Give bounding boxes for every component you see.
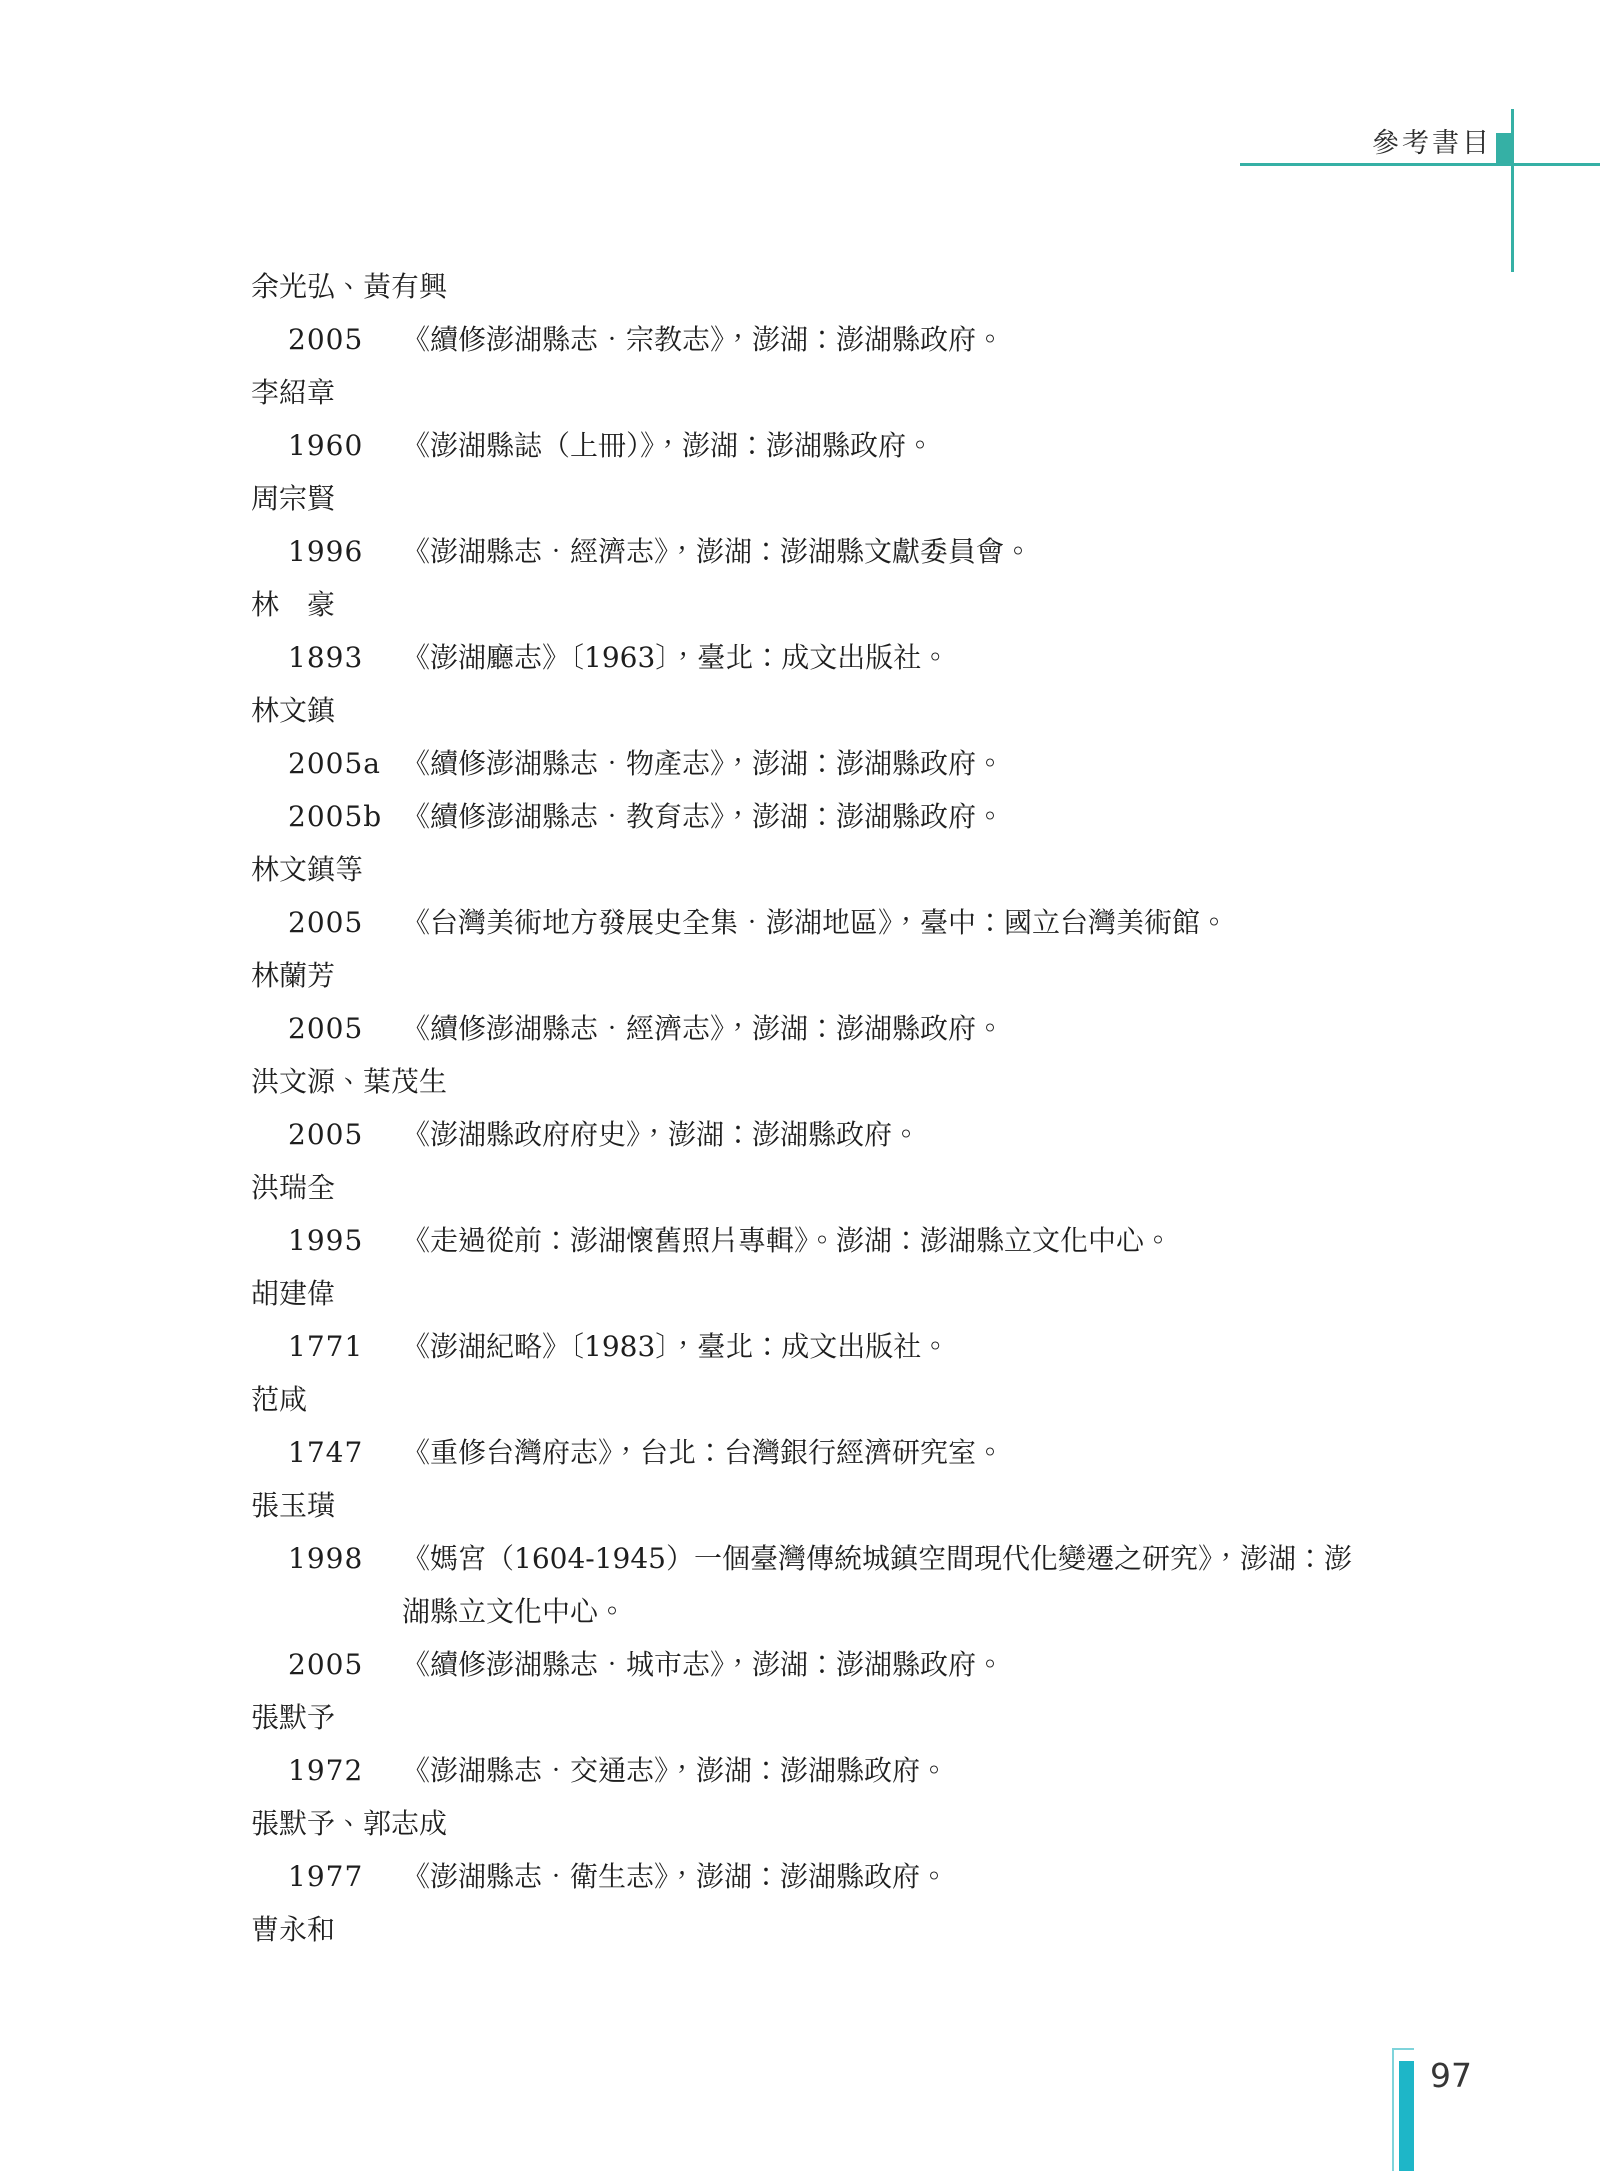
reference-text: 《台灣美術地方發展史全集‧澎湖地區》，臺中：國立台灣美術館。 — [402, 906, 1228, 939]
reference-year: 1998 — [288, 1532, 363, 1585]
reference-text: 《澎湖縣誌（上冊）》，澎湖：澎湖縣政府。 — [402, 429, 934, 462]
reference-text: 《續修澎湖縣志‧經濟志》，澎湖：澎湖縣政府。 — [402, 1012, 1004, 1045]
reference-text: 《續修澎湖縣志‧宗教志》，澎湖：澎湖縣政府。 — [402, 323, 1004, 356]
bibliography-reference: 2005b《續修澎湖縣志‧教育志》，澎湖：澎湖縣政府。 — [251, 790, 1371, 843]
bibliography-author: 林 豪 — [251, 578, 1371, 631]
bibliography-author: 洪瑞全 — [251, 1161, 1371, 1214]
page-number: 97 — [1430, 2058, 1472, 2094]
bibliography-reference: 1771《澎湖紀略》〔1983〕，臺北：成文出版社。 — [251, 1320, 1371, 1373]
bibliography-reference: 2005《澎湖縣政府府史》，澎湖：澎湖縣政府。 — [251, 1108, 1371, 1161]
bibliography-author: 林文鎮 — [251, 684, 1371, 737]
bibliography-author: 余光弘、黃有興 — [251, 260, 1371, 313]
bibliography-author: 張默予、郭志成 — [251, 1797, 1371, 1850]
reference-text: 《澎湖紀略》〔1983〕，臺北：成文出版社。 — [402, 1330, 949, 1363]
reference-text: 《澎湖縣志‧經濟志》，澎湖：澎湖縣文獻委員會。 — [402, 535, 1032, 568]
header-accent-square — [1496, 133, 1512, 163]
reference-text: 《澎湖廳志》〔1963〕，臺北：成文出版社。 — [402, 641, 949, 674]
reference-year: 1893 — [288, 631, 363, 684]
reference-year: 2005 — [288, 313, 363, 366]
bibliography-reference: 1972《澎湖縣志‧交通志》，澎湖：澎湖縣政府。 — [251, 1744, 1371, 1797]
bibliography-author: 胡建偉 — [251, 1267, 1371, 1320]
page-header-title: 參考書目 — [1372, 129, 1492, 158]
reference-year: 2005 — [288, 1002, 363, 1055]
bibliography-author: 張默予 — [251, 1691, 1371, 1744]
reference-text: 《走過從前：澎湖懷舊照片專輯》。澎湖：澎湖縣立文化中心。 — [402, 1224, 1172, 1257]
reference-year: 2005 — [288, 1108, 363, 1161]
reference-year: 2005 — [288, 1638, 363, 1691]
bibliography-author: 范咸 — [251, 1373, 1371, 1426]
reference-text: 《澎湖縣志‧交通志》，澎湖：澎湖縣政府。 — [402, 1754, 948, 1787]
reference-year: 1771 — [288, 1320, 363, 1373]
header-rule-vertical — [1511, 109, 1514, 272]
bibliography-reference: 1747《重修台灣府志》，台北：台灣銀行經濟研究室。 — [251, 1426, 1371, 1479]
reference-year: 1972 — [288, 1744, 363, 1797]
bibliography-author: 周宗賢 — [251, 472, 1371, 525]
reference-year: 1996 — [288, 525, 363, 578]
reference-text: 《重修台灣府志》，台北：台灣銀行經濟研究室。 — [402, 1436, 1004, 1469]
bibliography-reference: 1893《澎湖廳志》〔1963〕，臺北：成文出版社。 — [251, 631, 1371, 684]
reference-text: 《澎湖縣政府府史》，澎湖：澎湖縣政府。 — [402, 1118, 920, 1151]
bibliography-author: 曹永和 — [251, 1903, 1371, 1956]
bibliography-reference: 2005《續修澎湖縣志‧宗教志》，澎湖：澎湖縣政府。 — [251, 313, 1371, 366]
bibliography-reference: 1998《媽宮（1604-1945）一個臺灣傳統城鎮空間現代化變遷之研究》，澎湖… — [251, 1532, 1371, 1638]
reference-year: 1995 — [288, 1214, 363, 1267]
footer-accent-bar — [1399, 2061, 1414, 2171]
bibliography-reference: 2005a《續修澎湖縣志‧物產志》，澎湖：澎湖縣政府。 — [251, 737, 1371, 790]
bibliography-author: 李紹章 — [251, 366, 1371, 419]
reference-text: 《澎湖縣志‧衛生志》，澎湖：澎湖縣政府。 — [402, 1860, 948, 1893]
footer-thin-rule-vertical — [1392, 2048, 1394, 2171]
book-page: 參考書目 余光弘、黃有興2005《續修澎湖縣志‧宗教志》，澎湖：澎湖縣政府。李紹… — [0, 0, 1600, 2171]
reference-year: 2005b — [288, 790, 382, 843]
footer-thin-rule-horizontal — [1392, 2048, 1414, 2050]
reference-year: 1960 — [288, 419, 363, 472]
reference-year: 1747 — [288, 1426, 363, 1479]
bibliography-reference: 2005《續修澎湖縣志‧經濟志》，澎湖：澎湖縣政府。 — [251, 1002, 1371, 1055]
reference-year: 2005a — [288, 737, 381, 790]
reference-text: 《續修澎湖縣志‧教育志》，澎湖：澎湖縣政府。 — [402, 800, 1004, 833]
bibliography-reference: 1977《澎湖縣志‧衛生志》，澎湖：澎湖縣政府。 — [251, 1850, 1371, 1903]
bibliography-list: 余光弘、黃有興2005《續修澎湖縣志‧宗教志》，澎湖：澎湖縣政府。李紹章1960… — [251, 260, 1371, 1956]
reference-text: 《媽宮（1604-1945）一個臺灣傳統城鎮空間現代化變遷之研究》，澎湖：澎湖縣… — [402, 1542, 1352, 1628]
bibliography-author: 洪文源、葉茂生 — [251, 1055, 1371, 1108]
bibliography-author: 林文鎮等 — [251, 843, 1371, 896]
reference-text: 《續修澎湖縣志‧物產志》，澎湖：澎湖縣政府。 — [402, 747, 1004, 780]
bibliography-author: 林蘭芳 — [251, 949, 1371, 1002]
bibliography-reference: 2005《台灣美術地方發展史全集‧澎湖地區》，臺中：國立台灣美術館。 — [251, 896, 1371, 949]
bibliography-reference: 2005《續修澎湖縣志‧城市志》，澎湖：澎湖縣政府。 — [251, 1638, 1371, 1691]
bibliography-reference: 1996《澎湖縣志‧經濟志》，澎湖：澎湖縣文獻委員會。 — [251, 525, 1371, 578]
header-rule-horizontal — [1240, 163, 1600, 166]
reference-year: 2005 — [288, 896, 363, 949]
bibliography-reference: 1960《澎湖縣誌（上冊）》，澎湖：澎湖縣政府。 — [251, 419, 1371, 472]
reference-text: 《續修澎湖縣志‧城市志》，澎湖：澎湖縣政府。 — [402, 1648, 1004, 1681]
bibliography-author: 張玉璜 — [251, 1479, 1371, 1532]
bibliography-reference: 1995《走過從前：澎湖懷舊照片專輯》。澎湖：澎湖縣立文化中心。 — [251, 1214, 1371, 1267]
reference-year: 1977 — [288, 1850, 363, 1903]
